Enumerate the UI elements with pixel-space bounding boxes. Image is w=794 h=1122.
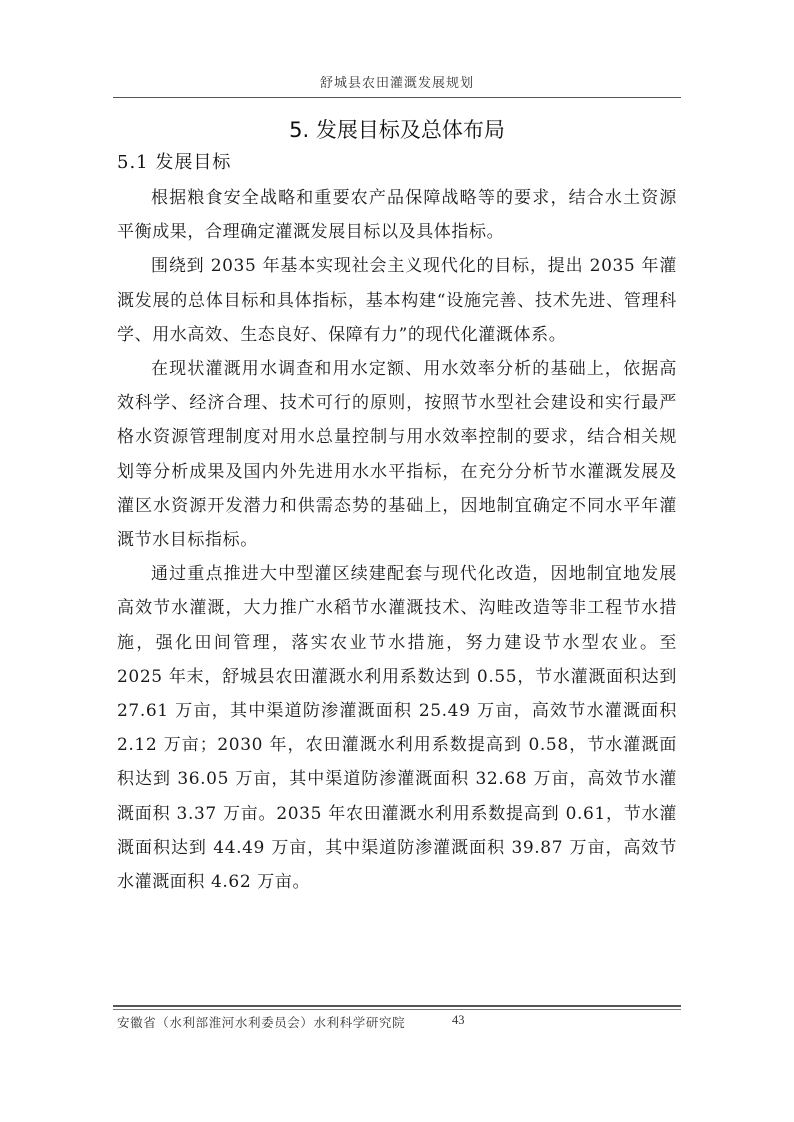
running-header: 舒城县农田灌溉发展规划 bbox=[113, 72, 681, 91]
footer-divider-thick bbox=[113, 1005, 681, 1007]
section-title: 5.1 发展目标 bbox=[117, 148, 231, 174]
paragraph-4: 通过重点推进大中型灌区续建配套与现代化改造，因地制宜地发展高效节水灌溉，大力推广… bbox=[117, 557, 677, 899]
chapter-title: 5. 发展目标及总体布局 bbox=[113, 114, 681, 144]
paragraph-3: 在现状灌溉用水调查和用水定额、用水效率分析的基础上，依据高效科学、经济合理、技术… bbox=[117, 352, 677, 557]
footer-organization: 安徽省（水利部淮河水利委员会）水利科学研究院 bbox=[117, 1013, 405, 1031]
body-text: 根据粮食安全战略和重要农产品保障战略等的要求，结合水土资源平衡成果，合理确定灌溉… bbox=[117, 181, 677, 899]
paragraph-1: 根据粮食安全战略和重要农产品保障战略等的要求，结合水土资源平衡成果，合理确定灌溉… bbox=[117, 181, 677, 249]
header-divider bbox=[113, 97, 681, 98]
paragraph-2: 围绕到 2035 年基本实现社会主义现代化的目标，提出 2035 年灌溉发展的总… bbox=[117, 249, 677, 352]
page-number: 43 bbox=[452, 1013, 465, 1028]
footer-divider-thin bbox=[113, 1009, 681, 1010]
